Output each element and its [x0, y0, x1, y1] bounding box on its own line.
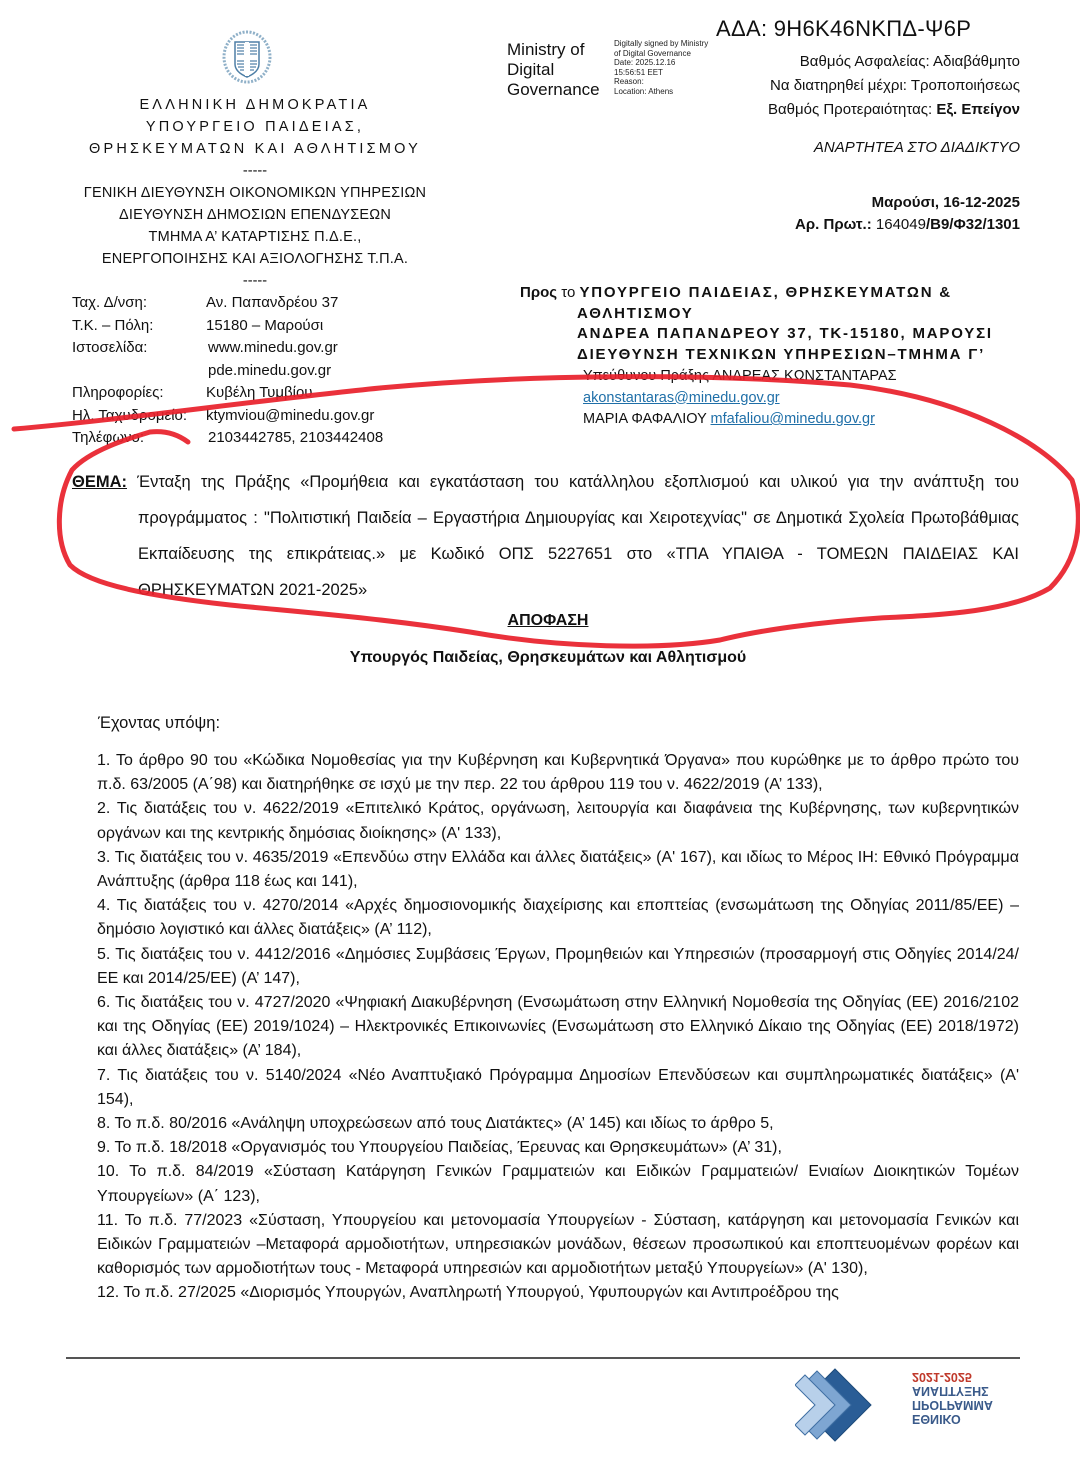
- issuing-authority: ΕΛΛΗΝΙΚΗ ΔΗΜΟΚΡΑΤΙΑ ΥΠΟΥΡΓΕΙΟ ΠΑΙΔΕΙΑΣ, …: [60, 94, 450, 182]
- signer-name: Ministry of Digital Governance: [507, 40, 600, 100]
- retention: Να διατηρηθεί μέχρι: Τροποποιήσεως: [768, 74, 1020, 98]
- greek-coat-of-arms-icon: [222, 30, 272, 88]
- list-item: 2. Τις διατάξεις του ν. 4622/2019 «Επιτε…: [97, 797, 1019, 845]
- subject-label: ΘΕΜΑ:: [72, 473, 127, 491]
- contact-row-postcode: Τ.Κ. – Πόλη:15180 – Μαρούσι: [72, 315, 383, 338]
- considering-heading: Έχοντας υπόψη:: [98, 714, 220, 733]
- second-contact-name: ΜΑΡΙΑ ΦΑΦΑΛΙΟΥ: [583, 411, 711, 427]
- website-link[interactable]: www.minedu.gov.gr: [206, 337, 338, 360]
- logo-text: ΕΘΝΙΚΟ ΠΡΟΓΡΑΜΜΑ ΑΝΑΠΤΥΞΗΣ 2021-2025: [912, 1370, 993, 1426]
- contact-row-email: Ηλ. Ταχυδρομείο:ktymviou@minedu.gov.gr: [72, 405, 383, 428]
- list-item: 6. Τις διατάξεις του ν. 4727/2020 «Ψηφια…: [97, 991, 1019, 1064]
- email-link[interactable]: ktymviou@minedu.gov.gr: [206, 405, 374, 428]
- responsible-email-link[interactable]: akonstantaras@minedu.gov.gr: [583, 390, 780, 406]
- contact-row-website-2: pde.minedu.gov.gr: [72, 360, 383, 383]
- ada-code: ΑΔΑ: 9Η6Κ46ΝΚΠΔ-Ψ6Ρ: [716, 16, 971, 42]
- list-item: 5. Τις διατάξεις του ν. 4412/2016 «Δημόσ…: [97, 943, 1019, 991]
- contact-row-phone: Τηλέφωνο:2103442785, 2103442408: [72, 427, 383, 450]
- signature-details: Digitally signed by Ministry of Digital …: [614, 39, 708, 96]
- list-item: 12. Το π.δ. 27/2025 «Διορισμός Υπουργών,…: [97, 1281, 1019, 1305]
- second-contact-email-link[interactable]: mfafaliou@minedu.gov.gr: [711, 411, 875, 427]
- contact-row-info: Πληροφορίες:Κυβέλη Τυμβίου: [72, 382, 383, 405]
- protocol-number: Αρ. Πρωτ.: 164049/Β9/Φ32/1301: [795, 216, 1020, 233]
- national-development-programme-logo-icon: [795, 1363, 905, 1445]
- classification-block: Βαθμός Ασφαλείας: Αδιαβάθμητο Να διατηρη…: [768, 50, 1020, 122]
- republic-line: ΕΛΛΗΝΙΚΗ ΔΗΜΟΚΡΑΤΙΑ: [60, 94, 450, 116]
- separator: -----: [60, 160, 450, 182]
- subject-text: Ένταξη της Πράξης «Προμήθεια και εγκατάσ…: [127, 473, 1019, 599]
- security-level: Βαθμός Ασφαλείας: Αδιαβάθμητο: [768, 50, 1020, 74]
- decision-title: ΑΠΟΦΑΣΗ: [0, 612, 1080, 630]
- department-line: ΕΝΕΡΓΟΠΟΙΗΣΗΣ ΚΑΙ ΑΞΙΟΛΟΓΗΣΗΣ Τ.Π.Α.: [60, 248, 450, 270]
- list-item: 4. Τις διατάξεις του ν. 4270/2014 «Αρχές…: [97, 894, 1019, 942]
- priority: Βαθμός Προτεραιότητας: Εξ. Επείγον: [768, 98, 1020, 122]
- ministry-line: ΥΠΟΥΡΓΕΙΟ ΠΑΙΔΕΙΑΣ,: [60, 116, 450, 138]
- legal-basis-list: 1. Το άρθρο 90 του «Κώδικα Νομοθεσίας γι…: [97, 749, 1019, 1306]
- ministry-line-2: ΘΡΗΣΚΕΥΜΑΤΩΝ ΚΑΙ ΑΘΛΗΤΙΣΜΟΥ: [60, 138, 450, 160]
- list-item: 3. Τις διατάξεις του ν. 4635/2019 «Επενδ…: [97, 846, 1019, 894]
- decision-issuer: Υπουργός Παιδείας, Θρησκευμάτων και Αθλη…: [0, 649, 1080, 667]
- list-item: 7. Τις διατάξεις του ν. 5140/2024 «Νέο Α…: [97, 1064, 1019, 1112]
- list-item: 1. Το άρθρο 90 του «Κώδικα Νομοθεσίας γι…: [97, 749, 1019, 797]
- separator: -----: [60, 270, 450, 292]
- contact-row-website: Ιστοσελίδα:www.minedu.gov.gr: [72, 337, 383, 360]
- department-line: ΔΙΕΥΘΥΝΣΗ ΔΗΜΟΣΙΩΝ ΕΠΕΝΔΥΣΕΩΝ: [60, 204, 450, 226]
- list-item: 10. Το π.δ. 84/2019 «Σύσταση Κατάργηση Γ…: [97, 1160, 1019, 1208]
- subject-block: ΘΕΜΑ: Ένταξη της Πράξης «Προμήθεια και ε…: [72, 464, 1019, 608]
- recipient-block: Προς το ΥΠΟΥΡΓΕΙΟ ΠΑΙΔΕΙΑΣ, ΘΡΗΣΚΕΥΜΑΤΩΝ…: [520, 283, 993, 431]
- department-line: ΓΕΝΙΚΗ ΔΙΕΥΘΥΝΣΗ ΟΙΚΟΝΟΜΙΚΩΝ ΥΠΗΡΕΣΙΩΝ: [60, 182, 450, 204]
- place-date: Μαρούσι, 16-12-2025: [872, 194, 1020, 211]
- responsible-person: Υπεύθυνου Πράξης ΑΝΔΡΕΑΣ ΚΩΝΣΤΑΝΤΑΡΑΣ: [583, 366, 993, 388]
- contact-row-address: Ταχ. Δ/νση:Αν. Παπανδρέου 37: [72, 292, 383, 315]
- list-item: 9. Το π.δ. 18/2018 «Οργανισμός του Υπουρ…: [97, 1136, 1019, 1160]
- publish-note: ΑΝΑΡΤΗΤΕΑ ΣΤΟ ΔΙΑΔΙΚΤΥΟ: [814, 139, 1020, 156]
- department-line: ΤΜΗΜΑ Α’ ΚΑΤΑΡΤΙΣΗΣ Π.Δ.Ε.,: [60, 226, 450, 248]
- footer-divider: [66, 1357, 1020, 1359]
- list-item: 8. Το π.δ. 80/2016 «Ανάληψη υποχρεώσεων …: [97, 1112, 1019, 1136]
- list-item: 11. Το π.δ. 77/2023 «Σύσταση, Υπουργείου…: [97, 1209, 1019, 1282]
- department-block: ΓΕΝΙΚΗ ΔΙΕΥΘΥΝΣΗ ΟΙΚΟΝΟΜΙΚΩΝ ΥΠΗΡΕΣΙΩΝ Δ…: [60, 182, 450, 292]
- website-link-2[interactable]: pde.minedu.gov.gr: [206, 360, 331, 383]
- contact-block: Ταχ. Δ/νση:Αν. Παπανδρέου 37 Τ.Κ. – Πόλη…: [72, 292, 383, 450]
